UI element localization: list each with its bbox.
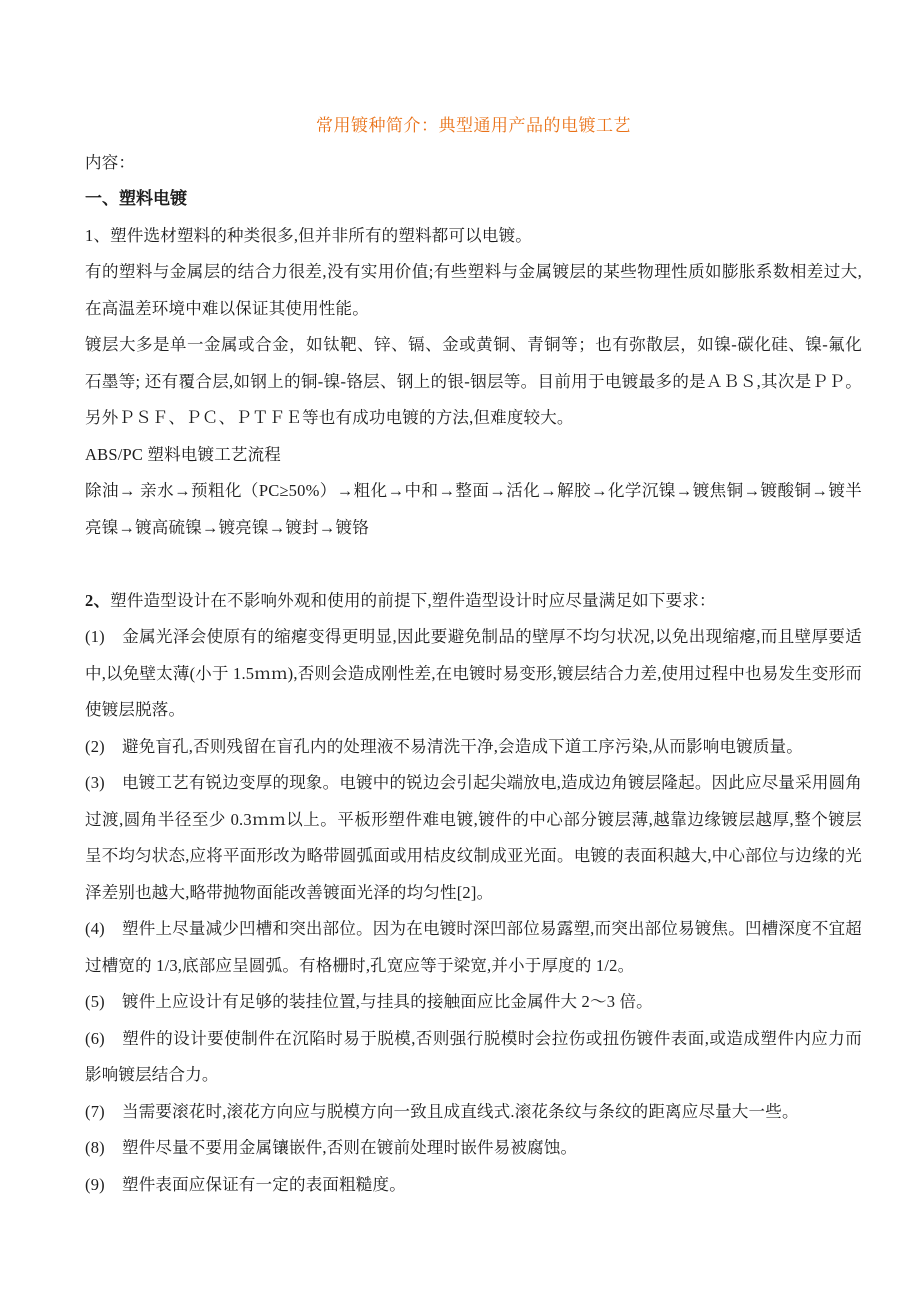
item-number: (3) xyxy=(85,765,122,802)
item-text: 电镀工艺有锐边变厚的现象。电镀中的锐边会引起尖端放电,造成边角镀层隆起。因此应尽… xyxy=(85,773,862,902)
intro-paragraph-1: 1、塑件选材塑料的种类很多,但并非所有的塑料都可以电镀。 xyxy=(85,218,862,255)
item-number: (1) xyxy=(85,619,122,656)
process-flow: 除油→ 亲水→预粗化（PC≥50%）→粗化→中和→整面→活化→解胶→化学沉镍→镀… xyxy=(85,473,862,546)
item-text: 塑件尽量不要用金属镶嵌件,否则在镀前处理时嵌件易被腐蚀。 xyxy=(122,1138,577,1157)
item-number: (7) xyxy=(85,1094,122,1131)
requirement-item: (6)塑件的设计要使制件在沉陷时易于脱模,否则强行脱模时会拉伤或扭伤镀件表面,或… xyxy=(85,1021,862,1094)
section-heading: 一、塑料电镀 xyxy=(85,181,862,218)
item-text: 当需要滚花时,滚花方向应与脱模方向一致且成直线式.滚花条纹与条纹的距离应尽量大一… xyxy=(122,1102,799,1121)
intro-paragraph-2: 有的塑料与金属层的结合力很差,没有实用价值;有些塑料与金属镀层的某些物理性质如膨… xyxy=(85,254,862,327)
item-number: (2) xyxy=(85,729,122,766)
item-text: 镀件上应设计有足够的装挂位置,与挂具的接触面应比金属件大 2～3 倍。 xyxy=(122,992,653,1011)
intro-paragraph-3: 镀层大多是单一金属或合金，如钛靶、锌、镉、金或黄铜、青铜等；也有弥散层，如镍-碳… xyxy=(85,327,862,437)
requirement-item: (5)镀件上应设计有足够的装挂位置,与挂具的接触面应比金属件大 2～3 倍。 xyxy=(85,984,862,1021)
lead-text: 塑件造型设计在不影响外观和使用的前提下,塑件造型设计时应尽量满足如下要求： xyxy=(110,591,716,610)
item-text: 塑件的设计要使制件在沉陷时易于脱模,否则强行脱模时会拉伤或扭伤镀件表面,或造成塑… xyxy=(85,1029,862,1085)
requirement-item: (7)当需要滚花时,滚花方向应与脱模方向一致且成直线式.滚花条纹与条纹的距离应尽… xyxy=(85,1094,862,1131)
page-title: 常用镀种简介：典型通用产品的电镀工艺 xyxy=(85,108,862,145)
lead-number: 2、 xyxy=(85,591,110,610)
design-requirements-lead: 2、塑件造型设计在不影响外观和使用的前提下,塑件造型设计时应尽量满足如下要求： xyxy=(85,583,862,620)
requirement-item: (4)塑件上尽量减少凹槽和突出部位。因为在电镀时深凹部位易露塑,而突出部位易镀焦… xyxy=(85,911,862,984)
item-text: 避免盲孔,否则残留在盲孔内的处理液不易清洗干净,会造成下道工序污染,从而影响电镀… xyxy=(122,737,803,756)
item-number: (5) xyxy=(85,984,122,1021)
document-page: 常用镀种简介：典型通用产品的电镀工艺 内容： 一、塑料电镀 1、塑件选材塑料的种… xyxy=(0,0,920,1302)
requirement-item: (1)金属光泽会使原有的缩瘪变得更明显,因此要避免制品的壁厚不均匀状况,以免出现… xyxy=(85,619,862,729)
item-number: (4) xyxy=(85,911,122,948)
content-label: 内容： xyxy=(85,145,862,182)
requirement-item: (3)电镀工艺有锐边变厚的现象。电镀中的锐边会引起尖端放电,造成边角镀层隆起。因… xyxy=(85,765,862,911)
blank-line xyxy=(85,546,862,583)
requirement-item: (2)避免盲孔,否则残留在盲孔内的处理液不易清洗干净,会造成下道工序污染,从而影… xyxy=(85,729,862,766)
item-text: 塑件上尽量减少凹槽和突出部位。因为在电镀时深凹部位易露塑,而突出部位易镀焦。凹槽… xyxy=(85,919,862,975)
item-text: 金属光泽会使原有的缩瘪变得更明显,因此要避免制品的壁厚不均匀状况,以免出现缩瘪,… xyxy=(85,627,862,719)
item-number: (9) xyxy=(85,1167,122,1204)
requirement-item: (8)塑件尽量不要用金属镶嵌件,否则在镀前处理时嵌件易被腐蚀。 xyxy=(85,1130,862,1167)
requirement-item: (9)塑件表面应保证有一定的表面粗糙度。 xyxy=(85,1167,862,1204)
document-body: 常用镀种简介：典型通用产品的电镀工艺 内容： 一、塑料电镀 1、塑件选材塑料的种… xyxy=(85,108,862,1203)
item-text: 塑件表面应保证有一定的表面粗糙度。 xyxy=(122,1175,406,1194)
process-title: ABS/PC 塑料电镀工艺流程 xyxy=(85,437,862,474)
item-number: (8) xyxy=(85,1130,122,1167)
item-number: (6) xyxy=(85,1021,122,1058)
